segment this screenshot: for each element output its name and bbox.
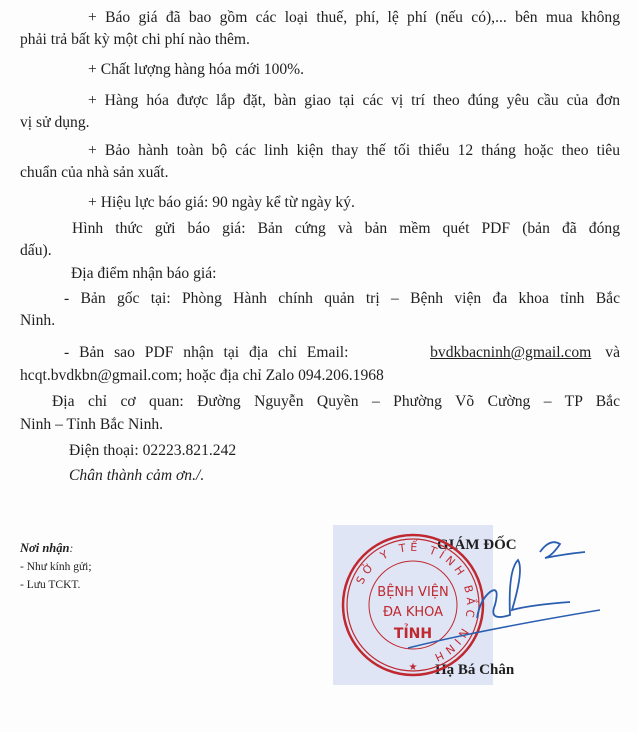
paragraph-price-includes-cont: phải trả bất kỳ một chi phí nào thêm. xyxy=(20,30,250,50)
paragraph-submission-form-cont: dấu). xyxy=(20,241,52,261)
paragraph-validity: + Hiệu lực báo giá: 90 ngày kể từ ngày k… xyxy=(88,193,355,213)
handwritten-signature xyxy=(400,530,600,650)
paragraph-warranty: + Bảo hành toàn bộ các linh kiện thay th… xyxy=(88,141,620,161)
paragraph-submission-form: Hình thức gửi báo giá: Bản cứng và bản m… xyxy=(72,219,620,239)
paragraph-phone: Điện thoại: 02223.821.242 xyxy=(69,441,236,461)
paragraph-office-address-cont: Ninh – Tỉnh Bắc Ninh. xyxy=(20,415,163,435)
paragraph-office-address: Địa chỉ cơ quan: Đường Nguyễn Quyền – Ph… xyxy=(52,392,620,412)
recipients-title: Nơi nhận xyxy=(20,541,69,555)
recipient-item: - Như kính gửi; xyxy=(20,560,92,575)
pdf-copy-label: - Bản sao PDF nhận tại địa chỉ Email: xyxy=(64,343,348,363)
email-link[interactable]: bvdkbacninh@gmail.com xyxy=(430,343,591,363)
paragraph-original-copy: - Bản gốc tại: Phòng Hành chính quản trị… xyxy=(64,289,620,309)
recipients-heading: Nơi nhận: xyxy=(20,541,73,557)
paragraph-pdf-copy: - Bản sao PDF nhận tại địa chỉ Email: bv… xyxy=(64,343,620,363)
paragraph-original-copy-cont: Ninh. xyxy=(20,311,55,331)
paragraph-warranty-cont: chuẩn của nhà sản xuất. xyxy=(20,163,169,183)
paragraph-installation-cont: vị sử dụng. xyxy=(20,113,90,133)
paragraph-thanks: Chân thành cảm ơn./. xyxy=(69,466,204,486)
paragraph-price-includes: + Báo giá đã bao gồm các loại thuế, phí,… xyxy=(88,8,620,28)
paragraph-pdf-copy-cont: hcqt.bvdkbn@gmail.com; hoặc địa chỉ Zalo… xyxy=(20,366,384,386)
paragraph-quality: + Chất lượng hàng hóa mới 100%. xyxy=(88,60,304,80)
recipient-item: - Lưu TCKT. xyxy=(20,578,80,593)
svg-text:★: ★ xyxy=(409,662,418,673)
paragraph-installation: + Hàng hóa được lắp đặt, bàn giao tại cá… xyxy=(88,91,620,111)
paragraph-receiving-location: Địa điểm nhận báo giá: xyxy=(71,264,217,284)
email-conjunction: và xyxy=(605,343,620,363)
